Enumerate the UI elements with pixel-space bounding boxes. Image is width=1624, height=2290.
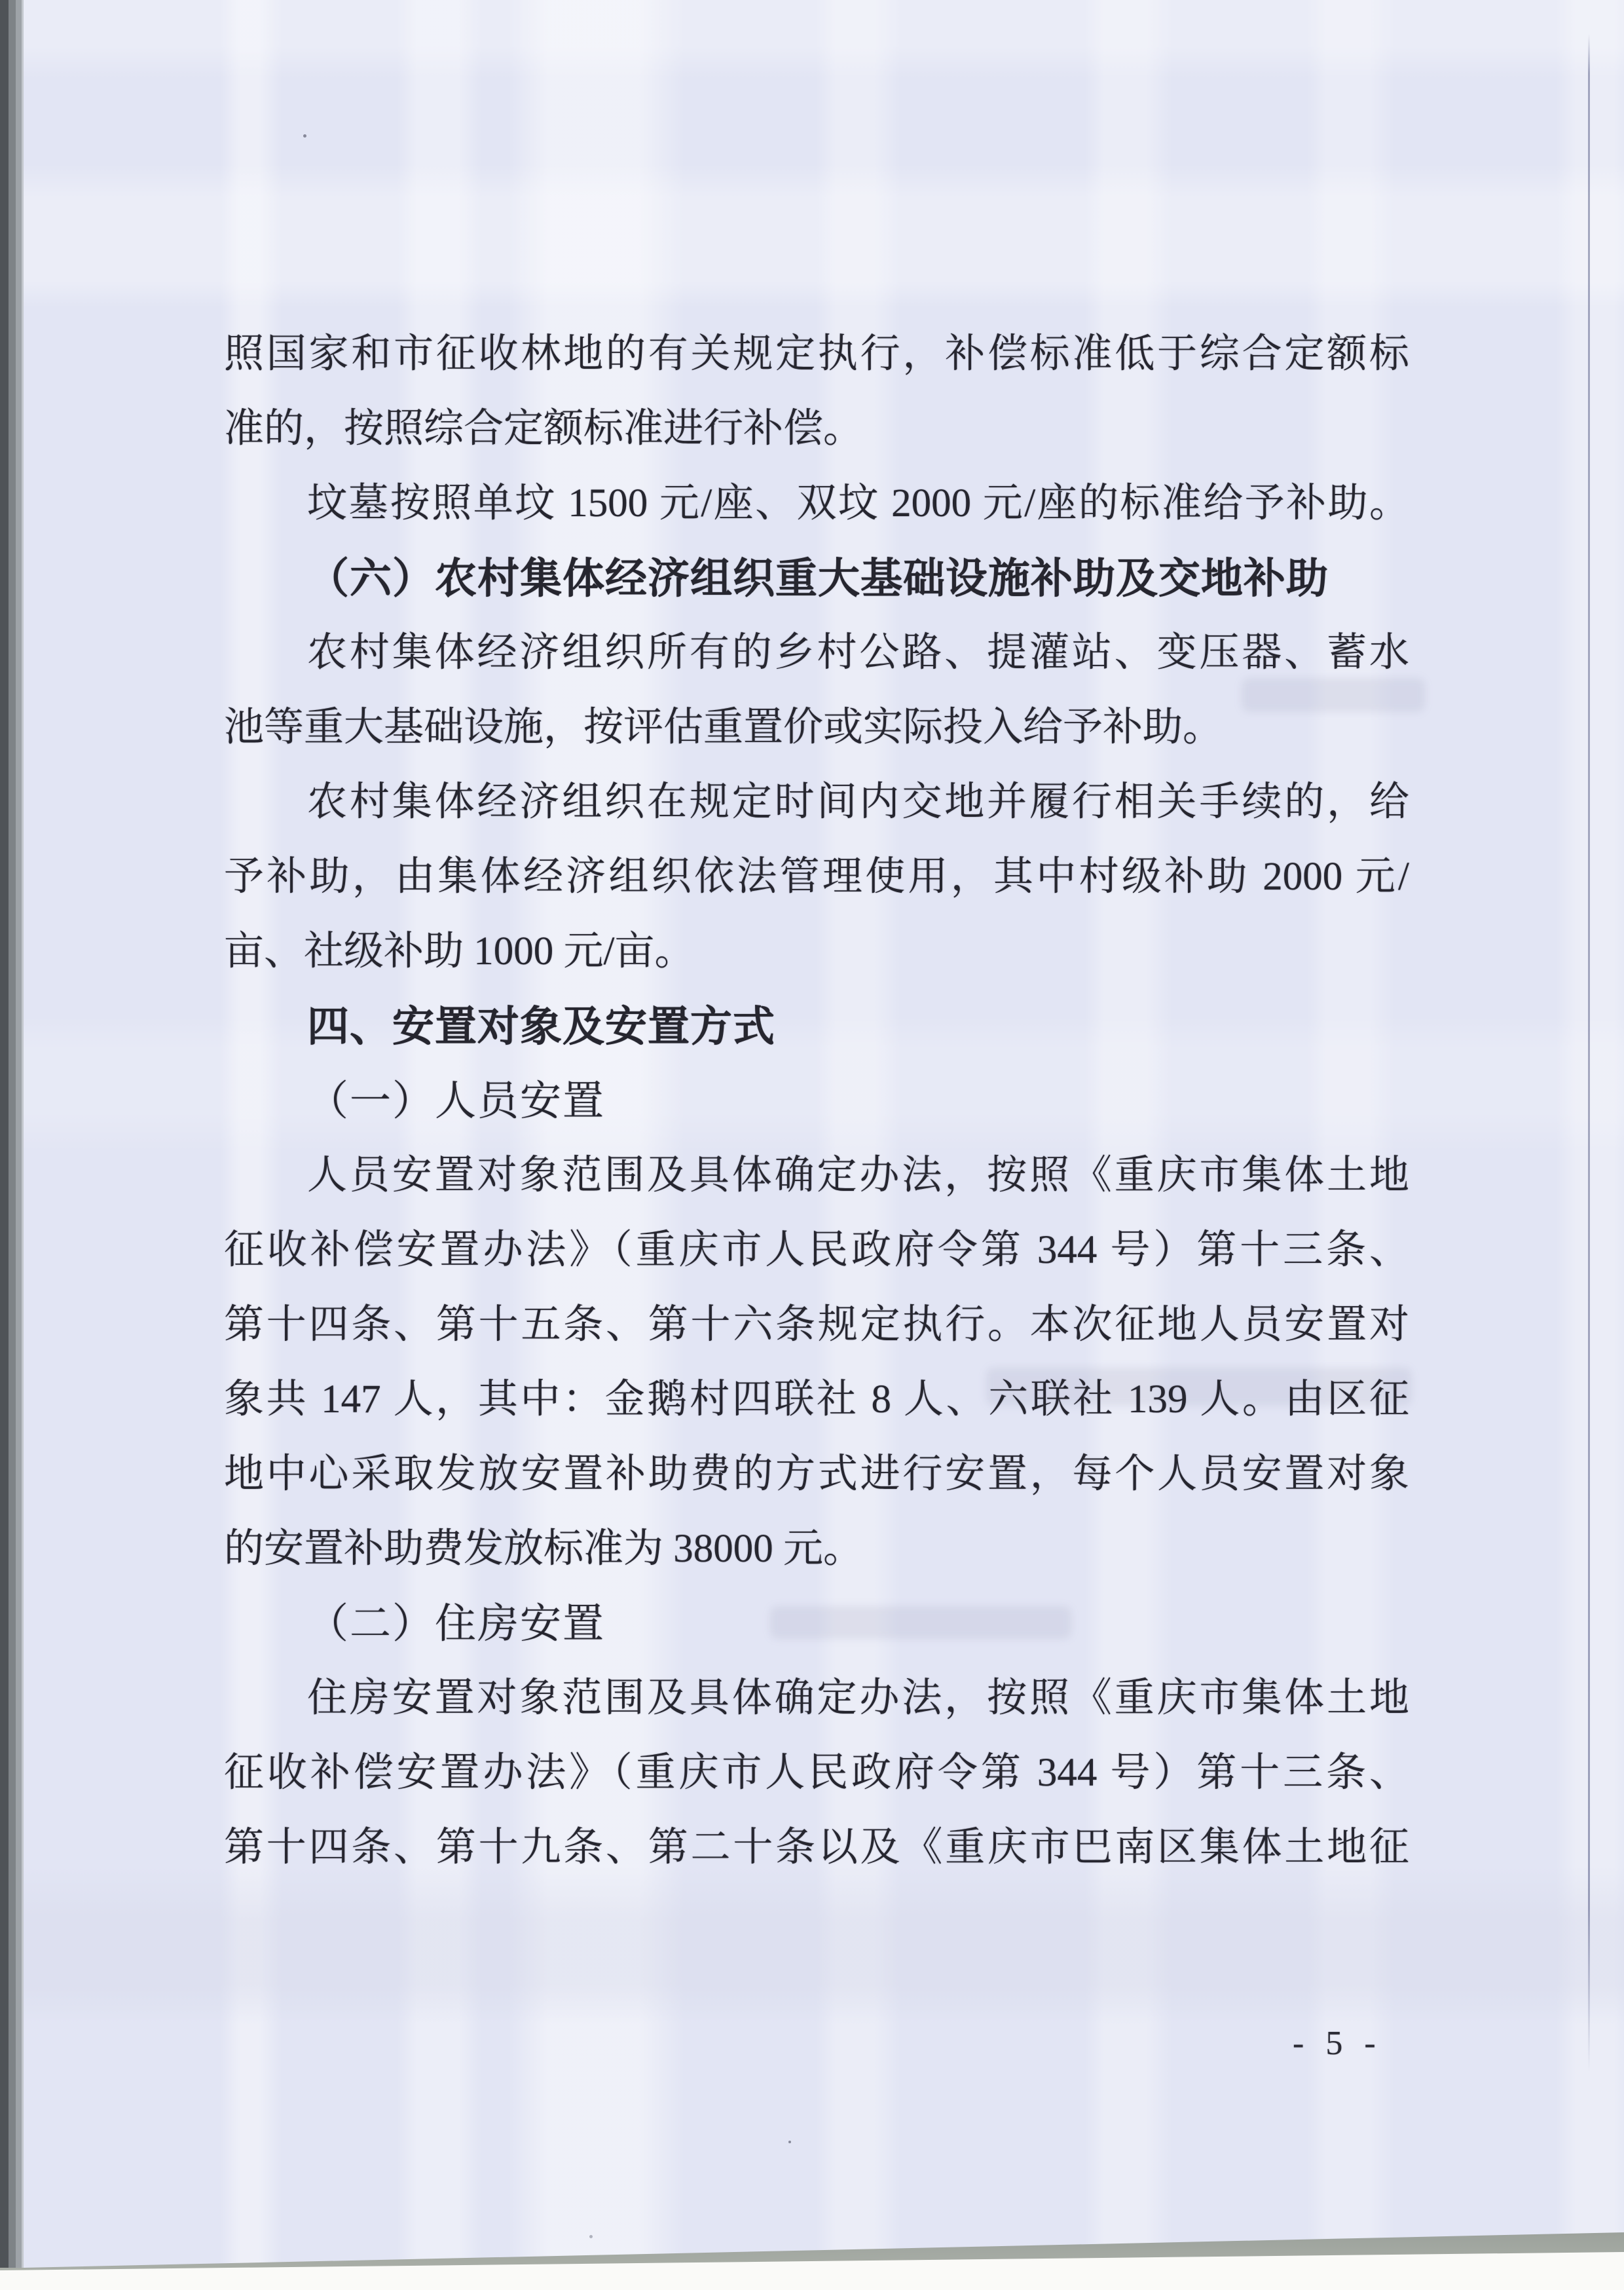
dust-speck	[589, 2235, 593, 2238]
body-line: 准的，按照综合定额标准进行补偿。	[224, 392, 1409, 466]
document-body: 照国家和市征收林地的有关规定执行，补偿标准低于综合定额标 准的，按照综合定额标准…	[224, 317, 1409, 1885]
body-line: 第十四条、第十九条、第二十条以及《重庆市巴南区集体土地征	[224, 1811, 1409, 1885]
body-line: 亩、社级补助 1000 元/亩。	[224, 914, 1409, 989]
body-line: 的安置补助费发放标准为 38000 元。	[224, 1512, 1409, 1586]
dust-speck	[788, 2141, 791, 2143]
body-line: 人员安置对象范围及具体确定办法，按照《重庆市集体土地	[224, 1138, 1409, 1213]
body-line: 池等重大基础设施，按评估重置价或实际投入给予补助。	[224, 690, 1409, 765]
body-line: 坟墓按照单坟 1500 元/座、双坟 2000 元/座的标准给予补助。	[224, 466, 1409, 541]
body-line: 征收补偿安置办法》（重庆市人民政府令第 344 号）第十三条、	[224, 1736, 1409, 1811]
body-line: 予补助，由集体经济组织依法管理使用，其中村级补助 2000 元/	[224, 840, 1409, 914]
page-number: - 5 -	[1293, 2024, 1382, 2063]
scanner-left-edge	[0, 0, 26, 2268]
subsection-heading-line: （二）住房安置	[224, 1586, 1409, 1661]
body-line: 地中心采取发放安置补助费的方式进行安置，每个人员安置对象	[224, 1437, 1409, 1512]
page-crease-line	[1588, 34, 1590, 2071]
body-line: 住房安置对象范围及具体确定办法，按照《重庆市集体土地	[224, 1661, 1409, 1736]
body-line: 象共 147 人，其中：金鹅村四联社 8 人、六联社 139 人。由区征	[224, 1362, 1409, 1437]
section-heading-line: 四、安置对象及安置方式	[224, 989, 1409, 1064]
body-line: 农村集体经济组织在规定时间内交地并履行相关手续的，给	[224, 765, 1409, 840]
subsection-heading-line: （一）人员安置	[224, 1064, 1409, 1138]
body-line: 照国家和市征收林地的有关规定执行，补偿标准低于综合定额标	[224, 317, 1409, 392]
clause-heading-line: （六）农村集体经济组织重大基础设施补助及交地补助	[224, 541, 1409, 616]
scan-background: 照国家和市征收林地的有关规定执行，补偿标准低于综合定额标 准的，按照综合定额标准…	[0, 0, 1624, 2290]
body-line: 第十四条、第十五条、第十六条规定执行。本次征地人员安置对	[224, 1288, 1409, 1362]
body-line: 农村集体经济组织所有的乡村公路、提灌站、变压器、蓄水	[224, 616, 1409, 690]
body-line: 征收补偿安置办法》（重庆市人民政府令第 344 号）第十三条、	[224, 1213, 1409, 1288]
dust-speck	[303, 134, 306, 138]
scanned-page: 照国家和市征收林地的有关规定执行，补偿标准低于综合定额标 准的，按照综合定额标准…	[24, 0, 1624, 2290]
